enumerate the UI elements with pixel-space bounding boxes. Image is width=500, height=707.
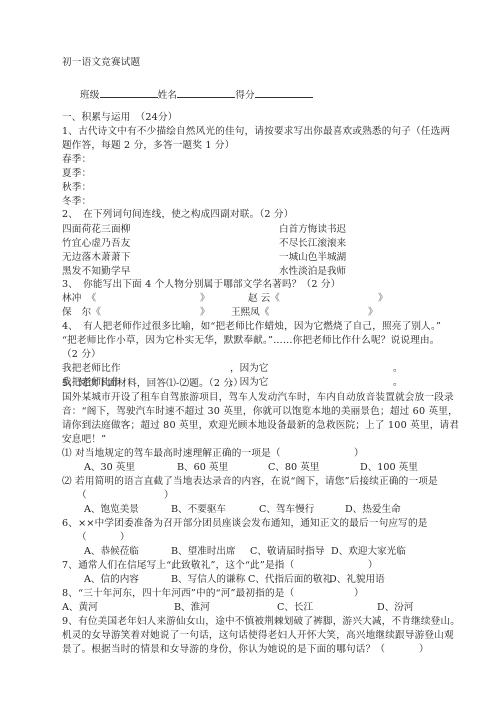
q5-passage-2: 音：“阁下，驾驶汽车时速不超过 30 英里，你就可以饱览本地的美丽景色；超过 6… (62, 406, 458, 418)
q1-winter: 冬季： (62, 196, 91, 208)
q1-line1: 1、古代诗文中有不少描绘自然风光的佳句，请按要求写出你最喜欢或熟悉的句子（任选两 (62, 126, 450, 138)
q1-autumn: 秋季： (62, 182, 91, 194)
q5-sub2-option-c[interactable]: C、驾车慢行 (259, 504, 314, 516)
q5-sub1-close: ） (354, 448, 364, 460)
q2-right-1: 白首方悔读书迟 (279, 224, 346, 236)
q7-close: ） (368, 560, 378, 572)
q2-left-1: 四面荷花三面柳 (62, 224, 131, 236)
q5-sub1-option-d[interactable]: D、100 英里 (360, 462, 418, 474)
q6-paren-open: （ (77, 532, 87, 544)
score-label: 得分 (235, 90, 255, 101)
q5-sub2-paren-open: （ (77, 490, 87, 502)
q2-left-2: 竹宜心虚乃吾友 (62, 238, 131, 250)
q8-close: ） (354, 588, 364, 600)
q2-right-2: 不尽长江滚滚来 (279, 238, 346, 250)
q5-sub1-option-a[interactable]: A、30 英里 (84, 462, 135, 474)
q8-option-b[interactable]: B、淮河 (174, 602, 210, 614)
q5-sub2-paren-close: ） (164, 490, 174, 502)
q2-right-3: 一城山色半城湖 (279, 252, 346, 264)
q5-sub2-option-d[interactable]: D、热爱生命 (345, 504, 401, 516)
header-fields: 班级姓名得分 (80, 88, 313, 102)
q6-option-d[interactable]: D、欢迎大家光临 (331, 546, 406, 558)
q3-row1-b: 赵 云《 (248, 293, 280, 305)
q5-passage-4: 安息吧！” (62, 434, 106, 446)
q7-prompt: 7、通常人们在信尾写上“此致敬礼”，这个“此”是指（ (62, 560, 294, 572)
q2-right-4: 水性淡泊是我师 (279, 266, 346, 278)
q4-answer2-end: 。 (393, 377, 403, 389)
q5-sub2-prompt: ⑵ 若用简明的语言直截了当地表达录音的内容，在说“阁下，请您”后接续正确的一项是 (62, 476, 438, 488)
q8-option-c[interactable]: C、长江 (277, 602, 313, 614)
q5-prompt: 5、阅读下面材料，回答⑴-⑵题。（2 分） (62, 378, 243, 390)
q5-sub1-prompt: ⑴ 对当地规定的驾车最高时速理解正确的一项是（ (62, 448, 281, 460)
q4-answer1-a: 我把老师比作 (62, 363, 121, 375)
class-label: 班级 (80, 90, 100, 101)
q6-prompt: 6、××中学团委准备为召开部分团员座谈会发布通知，通知正文的最后一句应写的是 (62, 518, 428, 530)
class-blank[interactable] (100, 88, 158, 98)
q7-option-d[interactable]: D、礼貌用语 (329, 574, 385, 586)
q4-answer1-end: 。 (393, 363, 403, 375)
name-blank[interactable] (177, 88, 235, 98)
q5-sub2-option-a[interactable]: A、饱览美景 (84, 504, 139, 516)
q9-line1: 9、有位美国老年妇人来游仙女山，途中不慎被荆棘划破了裤脚，游兴大减，不肯继续登山… (62, 616, 460, 628)
q9-line2: 机灵的女导游笑着对她说了一句话，这句话使得老妇人开怀大笑，高兴地继续跟导游登山观 (62, 630, 454, 642)
q5-sub1-option-b[interactable]: B、60 英里 (177, 462, 228, 474)
q8-option-a[interactable]: A、黄河 (62, 602, 98, 614)
q2-left-4: 黑发不知勤学早 (62, 266, 131, 278)
q7-option-b[interactable]: B、写信人的谦称 (171, 574, 245, 586)
name-label: 姓名 (158, 90, 178, 101)
q5-passage-1: 国外某城市开设了租车自驾旅游项目，驾车人发动汽车时，车内自动放音装置就会放一段录 (62, 392, 454, 404)
q3-row1-a: 林冲 《 (62, 293, 96, 305)
q1-summer: 夏季： (62, 168, 91, 180)
q5-sub2-option-b[interactable]: B、不要驱车 (171, 504, 226, 516)
q3-row2-a-close: 》 (200, 307, 210, 319)
q3-prompt: 3、 你能写出下面 4 个人物分别属于哪部文学名著吗？（2 分） (62, 279, 341, 291)
q6-option-c[interactable]: C、敬请届时指导 (250, 546, 325, 558)
q5-passage-3: 请你到法庭做客；超过 80 英里，欢迎光顾本地设备最新的急救医院；上了 100 … (62, 420, 459, 432)
q3-row2-b: 王熙凤《 (231, 307, 269, 319)
q4-line3: （2 分） (62, 349, 101, 361)
q7-option-c[interactable]: C、代指后面的敬礼 (248, 574, 332, 586)
q4-answer1-b: ，因为它 (230, 363, 268, 375)
q6-option-b[interactable]: B、望准时出席 (171, 546, 236, 558)
score-blank[interactable] (255, 88, 313, 98)
q8-prompt: 8、“三十年河东，四十年河西”中的“河”最初指的是（ (62, 588, 294, 600)
q8-option-d[interactable]: D、汾河 (377, 602, 413, 614)
q6-paren-close: ） (120, 532, 130, 544)
q1-spring: 春季： (62, 154, 91, 166)
q3-row2-a: 保 尔《 (62, 307, 101, 319)
section-heading: 一、积累与运用 （24分） (62, 112, 178, 124)
q3-row1-a-close: 》 (200, 293, 210, 305)
q2-prompt: 2、 在下列词句间连线，使之构成四副对联。（2 分） (62, 209, 294, 221)
q6-option-a[interactable]: A、恭候莅临 (84, 546, 139, 558)
q2-left-3: 无边落木萧萧下 (62, 252, 131, 264)
q1-line2: 题作答，每题 2 分，多答一题奖 1 分） (62, 140, 235, 152)
q9-close: ） (419, 644, 429, 656)
exam-title: 初一语文竞赛试题 (62, 57, 140, 69)
q3-row1-b-close: 》 (378, 293, 388, 305)
q7-option-a[interactable]: A、信的内容 (84, 574, 139, 586)
q5-sub1-option-c[interactable]: C、80 英里 (268, 462, 319, 474)
q9-line3: 景了。根据当时的情景和女导游的身份，你认为她说的是下面的哪句话？（ (62, 644, 385, 656)
q4-line2: “把老师比作小草，因为它朴实无华，默默奉献。”……你把老师比作什么呢？说说理由。 (62, 335, 440, 347)
q4-line1: 4、 有人把老师作过很多比喻，如“把老师比作蜡烛，因为它燃烧了自己，照亮了别人。… (62, 321, 441, 333)
q3-row2-b-close: 》 (368, 307, 378, 319)
